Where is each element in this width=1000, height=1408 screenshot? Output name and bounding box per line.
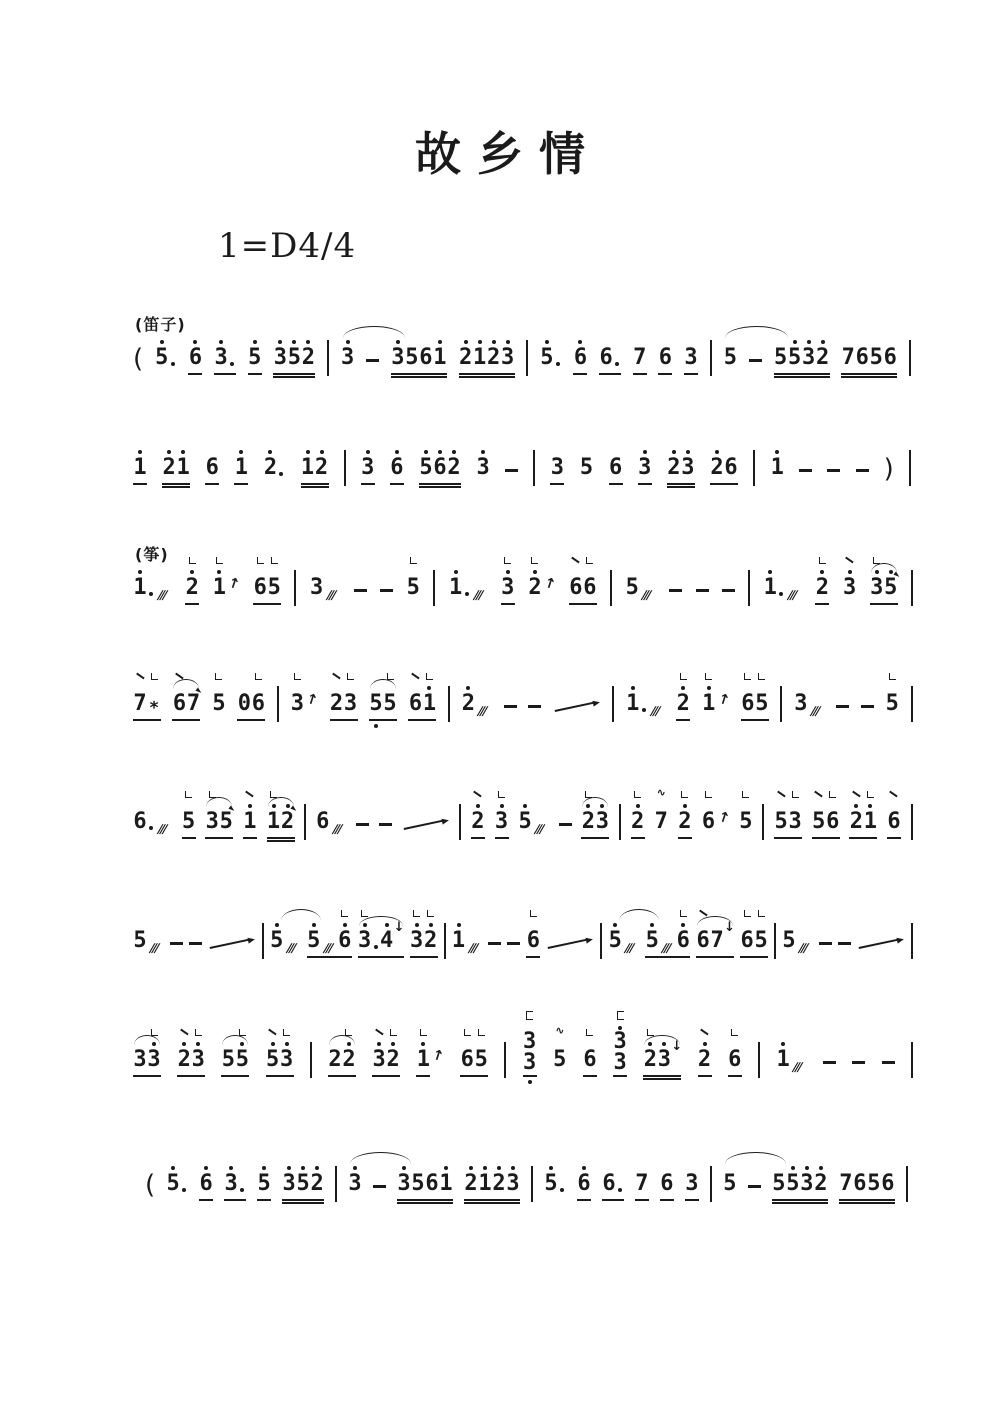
note-cell: 2: [676, 692, 690, 716]
mo-slant-ornament: [572, 557, 580, 564]
upper-octave-dot: [167, 450, 171, 454]
upper-octave-dot: [396, 340, 400, 344]
note-body: 3: [794, 692, 808, 716]
note-body: 7: [635, 1172, 649, 1196]
note-cell: 1///: [449, 576, 488, 600]
open-paren: (: [133, 346, 143, 372]
note-digit: 3: [657, 1048, 671, 1072]
barline: [909, 340, 911, 376]
upper-octave-dot: [703, 1042, 707, 1046]
ornament-row: ∿: [654, 788, 668, 798]
upper-octave-dot: [204, 1166, 208, 1170]
beam-underline: [613, 1075, 627, 1077]
beam-underline: [841, 373, 897, 375]
note-body: 2123: [459, 346, 515, 370]
ornament-row: [887, 788, 901, 798]
beam-underline: [501, 603, 515, 605]
note-digit: 6: [599, 346, 613, 370]
ornament-slot: [870, 557, 884, 564]
note-cell: 2///: [461, 692, 492, 716]
note-body: 3561: [397, 1172, 453, 1196]
barline: [610, 570, 612, 606]
note-digit: 6: [338, 929, 352, 953]
note-digit: 5: [219, 810, 233, 834]
note-digit: 6: [881, 1172, 895, 1196]
note-digit: 6: [676, 929, 690, 953]
note-cell: 1: [243, 810, 257, 834]
slur-arc: [644, 1035, 680, 1045]
note-body: 7656: [839, 1172, 895, 1196]
note-digit: 5: [754, 929, 768, 953]
upper-octave-dot: [464, 340, 468, 344]
beam-underline: [887, 837, 901, 839]
note-digit: 5: [212, 692, 226, 716]
note-digit: 6: [728, 1048, 742, 1072]
mo-slant-ornament: [890, 791, 898, 798]
note-digit: 5: [257, 1172, 271, 1196]
note-digit: 2: [315, 456, 329, 480]
open-paren: (: [145, 1172, 155, 1198]
upper-octave-dot: [707, 686, 711, 690]
ornament-row: [212, 670, 226, 680]
tuo-hook-ornament: [744, 910, 751, 917]
note-body: 5: [540, 346, 562, 370]
upper-octave-dot: [481, 450, 485, 454]
note-digit: 2: [814, 1172, 828, 1196]
mo-slant-ornament: [700, 1029, 708, 1036]
sustain-dash: [170, 942, 183, 945]
tuo-hook-ornament: [427, 910, 434, 917]
upper-octave-dot: [181, 450, 185, 454]
ornament-slot: [863, 791, 877, 798]
beam-underline: [391, 373, 447, 375]
note-digit: 5: [772, 1172, 786, 1196]
note-digit: 5: [723, 346, 737, 370]
beam-underline: [257, 1199, 271, 1201]
ornament-row: [501, 554, 515, 564]
upper-octave-dot: [219, 340, 223, 344]
note-body: 5: [723, 1172, 737, 1196]
sustain-dash: [356, 823, 369, 826]
ornament-slot: [460, 1029, 474, 1036]
note-body: 5: [885, 692, 899, 716]
ornament-row: [237, 670, 265, 680]
ornament-slot: [698, 1031, 712, 1036]
note-digit: 6: [172, 692, 186, 716]
note-digit: 3: [613, 1053, 627, 1072]
part-label: (笛子): [135, 312, 186, 335]
beam-underline: [243, 837, 257, 839]
ornament-slot: [342, 1029, 356, 1036]
note-digit: 7: [186, 692, 200, 716]
beam-underline: [419, 483, 461, 485]
tuo-hook-ornament: [209, 791, 216, 798]
upper-octave-dot: [476, 804, 480, 808]
ornament-slot: [702, 791, 716, 798]
upper-octave-dot: [171, 1166, 175, 1170]
note-digit: 3: [523, 1032, 537, 1051]
note-body: 5: [155, 346, 177, 370]
note-body: 2: [678, 810, 692, 834]
tuo-hook-ornament: [478, 1029, 485, 1036]
note-body: 7: [633, 346, 647, 370]
note-digit: 2: [676, 692, 690, 716]
tremolo-slashes: ///: [325, 588, 341, 602]
note-digit: 2: [424, 929, 438, 953]
beam-underline: [328, 1075, 356, 1077]
note-cell: 5∿: [553, 1048, 567, 1072]
note-cell: 3: [495, 810, 509, 834]
note-cell: 7656: [841, 346, 897, 370]
note-digit: 3: [280, 1048, 294, 1072]
note-digit: 5: [518, 810, 532, 834]
note-body: 6: [526, 929, 540, 953]
beam-underline: [815, 603, 829, 605]
ornament-slot: [386, 1029, 400, 1036]
upper-octave-dot: [768, 570, 772, 574]
sustain-dash: [722, 589, 735, 592]
beam-underline: [460, 1075, 488, 1077]
tuo-hook-ornament: [680, 910, 687, 917]
note-digit: 5: [221, 1048, 235, 1072]
upper-octave-dot: [545, 340, 549, 344]
tuo-hook-ornament: [413, 910, 420, 917]
beam-underline: [698, 1075, 712, 1077]
note-body: 5: [212, 692, 226, 716]
note-body: 65: [740, 929, 768, 953]
sustain-dash: [882, 1061, 895, 1064]
ornament-slot: ∿: [654, 787, 668, 798]
beam-underline: [631, 837, 645, 839]
barline: [444, 923, 446, 959]
beam-underline: [676, 719, 690, 721]
note-cell: 2: [698, 1048, 712, 1072]
system-line: (笛子)(5635352335612123566763555327656: [133, 342, 911, 370]
ornament-row: [410, 907, 438, 917]
upper-octave-dot: [196, 1042, 200, 1046]
ornament-slot: [358, 910, 372, 917]
beam-underline: [273, 373, 315, 375]
note-digit: 2: [342, 1048, 356, 1072]
ornament-row: [885, 670, 899, 680]
upper-octave-dot: [523, 804, 527, 808]
upper-octave-dot: [549, 1166, 553, 1170]
note-digit: 5: [405, 346, 419, 370]
note-digit: 5: [182, 810, 196, 834]
tuo-hook-ornament: [387, 673, 394, 680]
tuo-hook-ornament: [829, 791, 836, 798]
slur-arc: [370, 679, 396, 689]
note-cell: 5///: [518, 810, 549, 834]
note-cell: 6: [205, 456, 219, 480]
upper-octave-dot: [268, 450, 272, 454]
upper-octave-dot: [582, 1166, 586, 1170]
note-digit: 2: [459, 346, 473, 370]
sustain-dash: [748, 1185, 761, 1188]
note-body: 32: [410, 929, 438, 953]
note-cell: 22: [328, 1048, 356, 1072]
tuo-hook-ornament: [195, 1029, 202, 1036]
note-body: 3: [361, 456, 375, 480]
upper-octave-dot: [343, 923, 347, 927]
upper-octave-dot: [452, 450, 456, 454]
ornament-row: [372, 1026, 400, 1036]
note-digit: 2: [461, 692, 475, 716]
tuo-hook-ornament: [410, 557, 417, 564]
note-body: 22: [328, 1048, 356, 1072]
tuo-hook-ornament: [530, 910, 537, 917]
sustain-dash: [488, 942, 501, 945]
tremolo-slashes: ///: [649, 704, 665, 718]
tremolo-slashes: ///: [640, 588, 656, 602]
note-cell: 3: [501, 576, 515, 600]
tremolo-slashes: ///: [809, 704, 825, 718]
upper-octave-dot: [421, 1042, 425, 1046]
tuo-hook-ornament: [634, 791, 641, 798]
note-cell: 5: [182, 810, 196, 834]
barline: [758, 1042, 760, 1078]
note-body: 3: [341, 346, 355, 370]
beam-underline: [643, 1075, 681, 1077]
note-body: 6: [658, 346, 672, 370]
note-body: 5: [625, 576, 639, 600]
note-digit: 6: [602, 1172, 616, 1196]
note-cell: 35: [870, 576, 898, 600]
sustain-dash: [669, 589, 682, 592]
ornament-slot: [266, 1031, 280, 1036]
glissando-arrowhead: [896, 936, 904, 943]
note-digit: 1: [234, 456, 248, 480]
note-cell: 21: [162, 456, 190, 480]
note-body: 5///6: [645, 929, 690, 953]
ornament-row: [266, 1026, 294, 1036]
ornament-row: [849, 788, 877, 798]
note-cell: 2: [815, 576, 829, 600]
note-body: 53: [266, 1048, 294, 1072]
up-gliss-arrow: ↑: [715, 809, 731, 828]
note-cell: 6: [526, 929, 540, 953]
sustain-dash: [856, 469, 869, 472]
note-digit: 3: [788, 810, 802, 834]
note-digit: 3: [550, 456, 564, 480]
note-body: 5: [518, 810, 532, 834]
mo-slant-ornament: [411, 673, 419, 680]
note-cell: 2: [263, 456, 285, 480]
note-digit: 5: [267, 576, 281, 600]
ornament-row: [702, 670, 716, 680]
note-cell: 6: [583, 1048, 597, 1072]
note-cell: 6///: [133, 810, 172, 834]
upper-octave-dot: [868, 804, 872, 808]
up-gliss-arrow: ↑: [716, 691, 732, 710]
beam-underline: [633, 373, 647, 375]
tremolo-slashes: ///: [322, 941, 338, 955]
note-cell: 7656: [839, 1172, 895, 1196]
note-body: 2: [815, 576, 829, 600]
beam-underline: [369, 719, 397, 721]
note-digit: 3: [410, 929, 424, 953]
glissando-arrow: [857, 935, 905, 953]
note-cell: 2↑: [528, 576, 556, 600]
barline: [780, 686, 782, 722]
tuo-hook-ornament: [889, 673, 896, 680]
ornament-slot: [290, 673, 304, 680]
barline: [911, 570, 913, 606]
note-cell: 6: [573, 346, 587, 370]
barline: [906, 1166, 908, 1202]
upper-octave-dot: [248, 804, 252, 808]
note-body: 6: [702, 810, 716, 834]
tuo-hook-ornament: [345, 1029, 352, 1036]
beam-underline: [638, 483, 652, 485]
note-cell: 55: [369, 692, 397, 716]
beam-underline: [812, 837, 840, 839]
note-body: 3561: [391, 346, 447, 370]
sustain-dash: [852, 1061, 865, 1064]
note-digit: 1: [176, 456, 190, 480]
note-cell: 6: [390, 456, 404, 480]
note-body: 3: [290, 692, 304, 716]
note-cell: 33: [613, 1032, 627, 1072]
upper-octave-dot: [262, 1166, 266, 1170]
tuo-hook-ornament: [270, 791, 277, 798]
note-body: 6: [599, 346, 621, 370]
ornament-slot: [406, 557, 420, 564]
ornament-slot: [133, 675, 147, 680]
upper-octave-dot: [438, 340, 442, 344]
note-cell: 6: [602, 1172, 624, 1196]
note-digit: 7: [841, 346, 855, 370]
note-digit: 3: [501, 576, 515, 600]
upper-octave-dot: [444, 1166, 448, 1170]
upper-octave-dot: [306, 340, 310, 344]
note-digit: 2: [815, 576, 829, 600]
note-body: 6: [573, 346, 587, 370]
note-body: 5: [544, 1172, 566, 1196]
beam-underline: [185, 603, 199, 605]
beam-underline: [214, 373, 236, 375]
mo-slant-ornament: [852, 791, 860, 798]
mo-slant-ornament: [699, 910, 707, 917]
tuo-hook-ornament: [867, 791, 874, 798]
tie-arc: [725, 326, 788, 338]
sustain-dash: [696, 589, 709, 592]
beam-underline: [133, 483, 147, 485]
note-digit: 1: [416, 1048, 430, 1072]
note-body: 5: [782, 929, 796, 953]
note-cell: 352: [273, 346, 315, 370]
note-cell: 7: [633, 346, 647, 370]
note-digit: 5: [869, 346, 883, 370]
ornament-row: [328, 1026, 356, 1036]
note-digit: 5: [296, 1172, 310, 1196]
upper-octave-dot: [506, 340, 510, 344]
glissando-line: [548, 939, 588, 949]
beam-underline: [696, 956, 734, 958]
note-digit: 3: [397, 1172, 411, 1196]
key-time-signature: 1=D4/4: [218, 226, 356, 266]
upper-octave-dot: [820, 570, 824, 574]
upper-octave-dot: [429, 923, 433, 927]
note-digit: 3: [133, 1048, 147, 1072]
upper-octave-dot: [377, 1042, 381, 1046]
barline: [448, 686, 450, 722]
barline: [459, 804, 461, 840]
note-body: 2: [631, 810, 645, 834]
note-digit: 6: [853, 1172, 867, 1196]
note-digit: 2: [487, 346, 501, 370]
note-digit: 3: [794, 692, 808, 716]
beam-underline: [583, 1075, 597, 1077]
upper-octave-dot: [466, 686, 470, 690]
ornament-row: [185, 554, 199, 564]
note-cell: 3561: [397, 1172, 453, 1196]
glissando-arrowhead: [247, 936, 255, 943]
upper-octave-dot: [715, 450, 719, 454]
note-digit: 5: [645, 929, 659, 953]
note-digit: 3: [506, 1172, 520, 1196]
beam-underline: [599, 373, 621, 375]
upper-octave-dot: [239, 450, 243, 454]
upper-octave-dot: [391, 1042, 395, 1046]
note-cell: 1///: [776, 1048, 807, 1072]
note-cell: 1///: [763, 576, 802, 600]
upper-octave-dot: [500, 804, 504, 808]
note-body: 12: [301, 456, 329, 480]
beam-underline: [267, 837, 295, 839]
ornament-slot: [191, 1029, 205, 1036]
upper-octave-dot: [793, 340, 797, 344]
ornament-row: [172, 670, 200, 680]
note-digit: 6: [740, 929, 754, 953]
note-digit: 5: [383, 692, 397, 716]
ornament-slot: [185, 557, 199, 564]
sustain-dash: [504, 705, 517, 708]
up-gliss-arrow: ↑: [304, 691, 320, 710]
upper-octave-dot: [681, 923, 685, 927]
ornament-row: [253, 554, 281, 564]
note-cell: 23: [667, 456, 695, 480]
note-cell: 5///6: [645, 929, 690, 953]
note-digit: 6: [433, 456, 447, 480]
note-cell: 53: [266, 1048, 294, 1072]
sheet-music-page: 故乡情 1=D4/4 (笛子)(563535233561212356676355…: [0, 0, 1000, 1408]
slur-arc: [206, 797, 232, 807]
beam-underline: [133, 1075, 161, 1077]
tuo-hook-ornament: [420, 1029, 427, 1036]
note-cell: 1: [234, 456, 248, 480]
note-body: 5532: [774, 346, 830, 370]
upper-octave-dot: [672, 450, 676, 454]
beam-underline: [253, 603, 281, 605]
tuo-hook-ornament: [271, 557, 278, 564]
note-cell: 3///: [794, 692, 825, 716]
note-digit: 5: [166, 1172, 180, 1196]
tuo-hook-ornament: [151, 1029, 158, 1036]
beam-underline: [870, 603, 898, 605]
tremolo-slashes: ///: [477, 704, 493, 718]
beam-underline: [188, 373, 202, 375]
note-digit: 3: [684, 346, 698, 370]
slur-arc: [359, 916, 403, 926]
upper-octave-dot: [292, 340, 296, 344]
glissando-line: [858, 939, 898, 949]
note-cell: 3: [341, 346, 355, 370]
beam-underline: [774, 373, 830, 375]
note-digit: 2: [631, 810, 645, 834]
tremolo-slashes: ///: [148, 941, 164, 955]
beam-underline: [361, 483, 375, 485]
